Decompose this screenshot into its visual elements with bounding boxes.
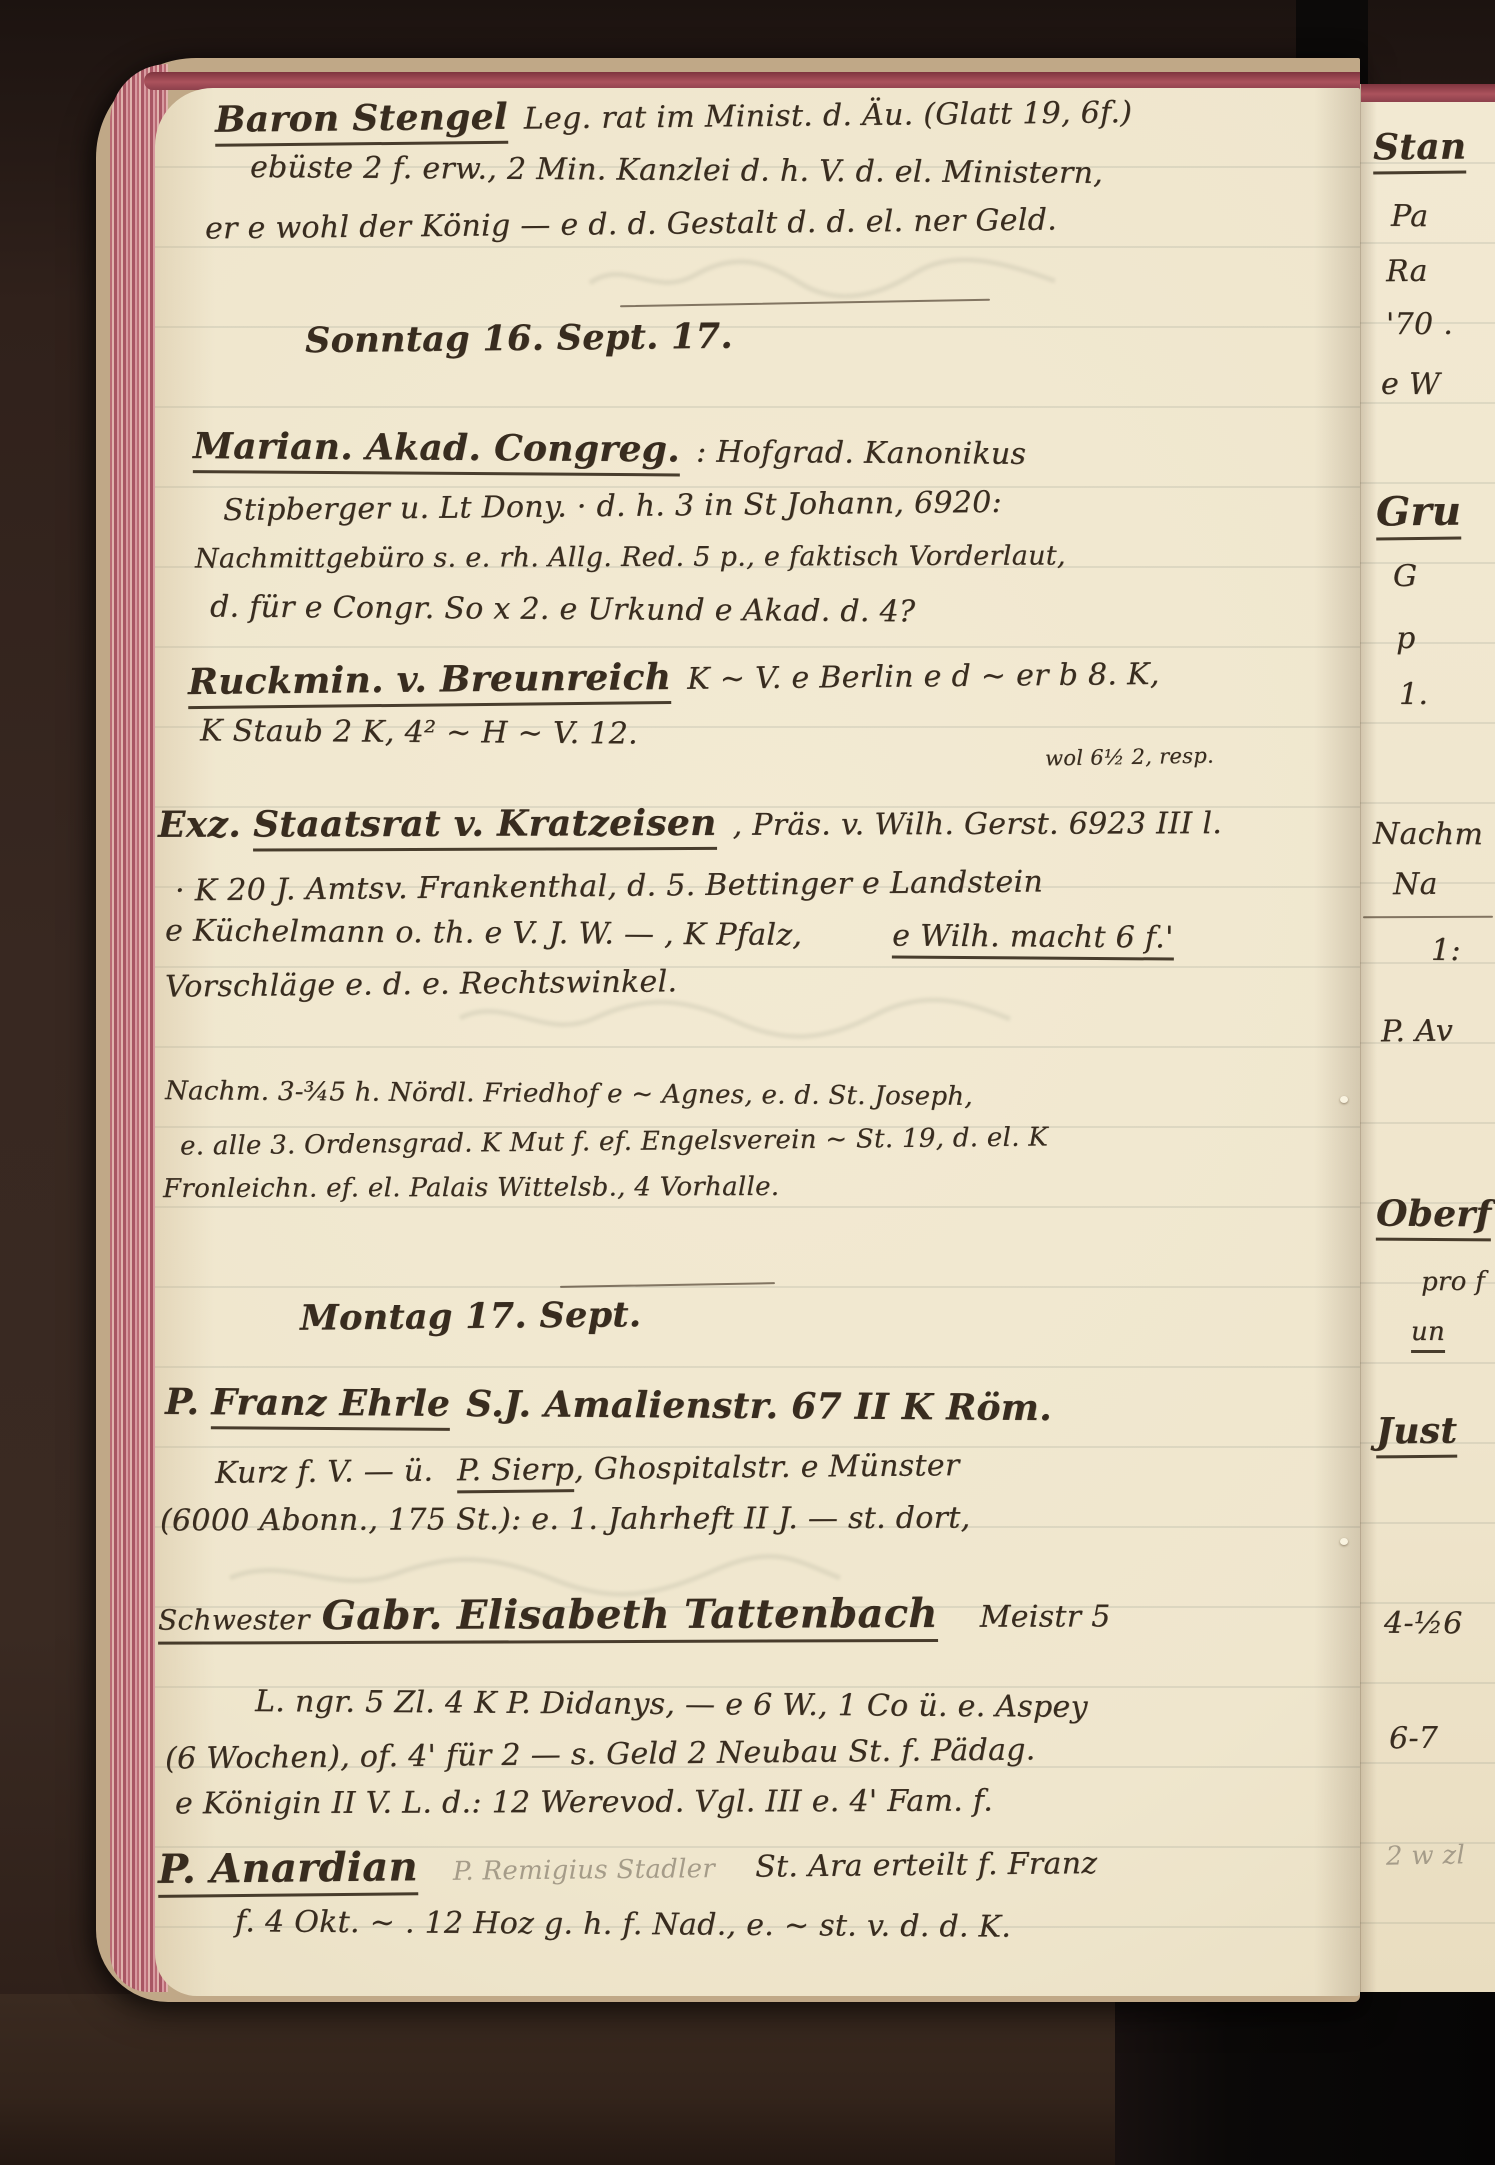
entry-fragment: Ra	[1386, 255, 1428, 288]
entry-name: Staatsrat v. Kratzeisen	[253, 804, 717, 851]
left-page-sheet: Baron StengelLeg. rat im Minist. d. Äu. …	[155, 88, 1360, 1996]
entry-line-text: Kurz f. V. — ü.	[215, 1454, 434, 1491]
fragment-text: Stan	[1373, 128, 1467, 175]
entry-fragment: un	[1411, 1318, 1445, 1353]
entry-fragment: Nachm	[1373, 818, 1483, 852]
hand-drawn-rule	[1363, 916, 1493, 918]
date-heading: Montag 17. Sept.	[300, 1296, 642, 1338]
entry-heading-line: Marian. Akad. Congreg.: Hofgrad. Kanonik…	[193, 427, 1026, 478]
entry-fragment: pro f	[1421, 1268, 1485, 1297]
show-through-smudge	[585, 253, 1065, 303]
entry-heading-line: P. AnardianP. Remigius StadlerSt. Ara er…	[158, 1838, 1098, 1898]
entry-line: L. ngr. 5 Zl. 4 K P. Didanys, — e 6 W., …	[255, 1685, 1088, 1724]
notebook-left-page-block: Baron StengelLeg. rat im Minist. d. Äu. …	[96, 58, 1360, 2002]
entry-name: Marian. Akad. Congreg.	[193, 427, 680, 476]
fragment-text: Oberf	[1376, 1195, 1492, 1241]
entry-heading-line: Exz.Staatsrat v. Kratzeisen, Präs. v. Wi…	[158, 802, 1222, 851]
entry-line: (6 Wochen), of. 4' für 2 — s. Geld 2 Neu…	[165, 1733, 1036, 1775]
paragraph-line: Fronleichn. ef. el. Palais Wittelsb., 4 …	[163, 1173, 779, 1204]
entry-fragment: Pa	[1391, 200, 1429, 233]
entry-heading-line: Ruckmin. v. BreunreichK ~ V. e Berlin e …	[188, 653, 1160, 709]
entry-line: · K 20 J. Amtsv. Frankenthal, d. 5. Bett…	[175, 865, 1043, 907]
entry-name-prefix: Schwester	[158, 1603, 310, 1637]
entry-line: er e wohl der König — e d. d. Gestalt d.…	[205, 204, 1057, 246]
underlined-phrase: e Wilh. macht 6 f.'	[892, 920, 1174, 961]
entry-fragment: Oberf	[1376, 1195, 1492, 1241]
entry-line: K Staub 2 K, 4² ~ H ~ V. 12.	[200, 714, 638, 750]
entry-heading-continuation: Leg. rat im Minist. d. Äu. (Glatt 19, 6f…	[524, 95, 1133, 136]
entry-line-text: , Ghospitalstr. e Münster	[574, 1448, 960, 1487]
entry-line: Vorschläge e. d. e. Rechtswinkel.	[165, 965, 678, 1003]
pencil-annotation: P. Remigius Stadler	[453, 1854, 716, 1887]
paragraph-line: e. alle 3. Ordensgrad. K Mut f. ef. Enge…	[180, 1123, 1048, 1161]
entry-heading-continuation: : Hofgrad. Kanonikus	[696, 435, 1026, 472]
entry-line: Kurz f. V. — ü. P. Sierp, Ghospitalstr. …	[215, 1449, 960, 1496]
entry-heading-line: SchwesterGabr. Elisabeth TattenbachMeist…	[158, 1591, 1111, 1644]
entry-name: Ruckmin. v. Breunreich	[188, 658, 672, 709]
book-cover-bottom	[1115, 1990, 1495, 2165]
entry-name: Franz Ehrle	[211, 1383, 450, 1430]
entry-name: P. Anardian	[158, 1845, 418, 1898]
entry-line: e Königin II V. L. d.: 12 Werevod. Vgl. …	[175, 1785, 993, 1821]
entry-heading-continuation: , Präs. v. Wilh. Gerst. 6923 III l.	[733, 806, 1223, 843]
paragraph-line: Nachm. 3-¾5 h. Nördl. Friedhof e ~ Agnes…	[165, 1077, 973, 1111]
entry-fragment: Stan	[1373, 128, 1467, 175]
entry-fragment: p	[1396, 622, 1416, 655]
notebook-right-page-sliver: Stan Pa Ra '70 . e W Gru G p 1. Nachm Na…	[1360, 84, 1495, 1992]
entry-heading-continuation: Meistr 5	[980, 1599, 1111, 1634]
entry-name-prefix: P.	[165, 1381, 200, 1423]
red-stained-top-edge	[1361, 84, 1495, 102]
entry-line: Stipberger u. Lt Dony. · d. h. 3 in St J…	[223, 486, 1002, 527]
entry-heading-line: P.Franz EhrleS.J. Amalienstr. 67 II K Rö…	[165, 1383, 1052, 1435]
entry-heading-line: Baron StengelLeg. rat im Minist. d. Äu. …	[215, 91, 1133, 146]
fragment-text: un	[1411, 1318, 1445, 1353]
entry-fragment: G	[1393, 560, 1417, 593]
entry-fragment: 1.	[1399, 678, 1428, 711]
entry-fragment: Gru	[1376, 490, 1462, 541]
entry-fragment: '70 .	[1386, 308, 1453, 341]
entry-line: f. 4 Okt. ~ . 12 Hoz g. h. f. Nad., e. ~…	[235, 1905, 1011, 1943]
fragment-text: Gru	[1376, 490, 1462, 541]
entry-line: Nachmittgebüro s. e. rh. Allg. Red. 5 p.…	[195, 541, 1066, 574]
binding-stitch-hole	[1340, 1538, 1348, 1545]
entry-name: Baron Stengel	[215, 98, 508, 147]
entry-fragment: 1:	[1431, 934, 1461, 967]
entry-heading-continuation: St. Ara erteilt f. Franz	[755, 1846, 1098, 1885]
entry-fragment: P. Av	[1381, 1015, 1453, 1049]
pencil-annotation: 2 w zl	[1386, 1841, 1466, 1871]
entry-line: (6000 Abonn., 175 St.): e. 1. Jahrheft I…	[160, 1502, 971, 1538]
date-heading: Sonntag 16. Sept. 17.	[305, 318, 733, 361]
entry-heading-continuation: S.J. Amalienstr. 67 II K Röm.	[466, 1383, 1052, 1429]
entry-fragment: Na	[1393, 868, 1438, 901]
entry-line: d. für e Congr. So x 2. e Urkund e Akad.…	[210, 591, 916, 629]
time-fragment: 4-½6	[1384, 1607, 1463, 1641]
entry-line: ebüste 2 f. erw., 2 Min. Kanzlei d. h. V…	[250, 151, 1103, 190]
entry-fragment: e W	[1381, 368, 1440, 401]
entry-line: e Küchelmann o. th. e V. J. W. — , K Pfa…	[165, 914, 1174, 960]
binding-stitch-hole	[1340, 1096, 1348, 1103]
underlined-name: P. Sierp	[457, 1453, 574, 1493]
entry-name: Gabr. Elisabeth Tattenbach	[322, 1590, 938, 1639]
entry-heading-continuation: K ~ V. e Berlin e d ~ er b 8. K,	[687, 657, 1160, 697]
fragment-text: Just	[1376, 1412, 1458, 1458]
time-fragment: 6-7	[1389, 1722, 1439, 1756]
hand-drawn-rule	[560, 1282, 775, 1288]
entry-name-prefix: Exz.	[158, 804, 241, 846]
entry-line-text: e Küchelmann o. th. e V. J. W. — , K Pfa…	[165, 913, 802, 952]
entry-fragment: Just	[1376, 1412, 1458, 1458]
interline-note: wol 6½ 2, resp.	[1045, 745, 1214, 771]
